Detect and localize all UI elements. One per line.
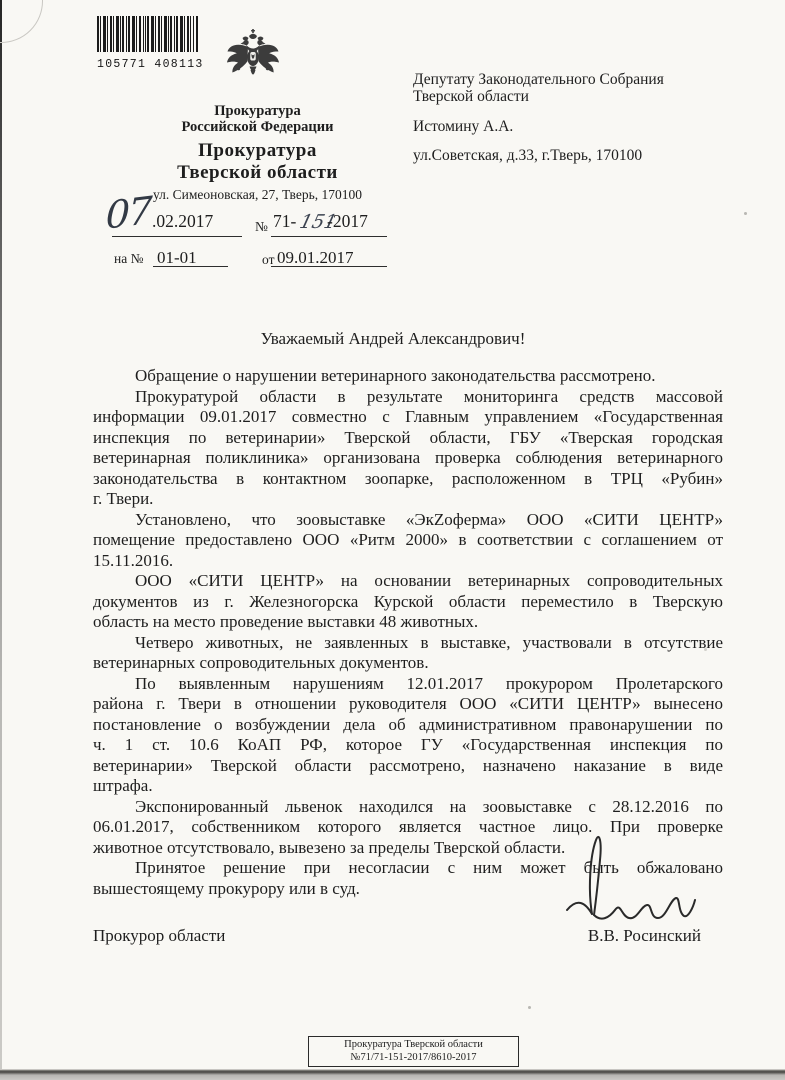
coat-of-arms-eagle-icon	[220, 29, 286, 83]
letterhead-org-line1: Прокуратура	[120, 103, 395, 120]
outgoing-date: .02.2017	[152, 211, 213, 232]
body-line: ветеринарных сопроводительных документов…	[93, 653, 723, 674]
body-line: ветеринарии» Тверской области рассмотрен…	[93, 756, 723, 777]
registration-stamp: Прокуратура Тверской области №71/71-151-…	[308, 1036, 519, 1067]
barcode: 105771 408113	[97, 16, 198, 71]
body-line: постановление о возбуждении дела об адми…	[93, 715, 723, 736]
barcode-digits: 105771 408113	[97, 58, 198, 71]
letterhead-address: ул. Симеоновская, 27, Тверь, 170100	[120, 187, 395, 203]
body-line: Четверо животных, не заявленных в выстав…	[93, 633, 723, 654]
body-paragraph: Четверо животных, не заявленных в выстав…	[93, 633, 723, 674]
handwritten-day: 07	[105, 191, 150, 234]
signer-position-title: Прокурор области	[93, 926, 225, 946]
na-no-label: на №	[114, 251, 143, 267]
body-line: Установлено, что зоовыставке «ЭкZоферма»…	[93, 510, 723, 531]
body-paragraph: Прокуратурой области в результате монито…	[93, 387, 723, 510]
recipient-name: Истомину А.А.	[413, 118, 513, 136]
na-no-underline	[153, 266, 228, 267]
body-line: документов из г. Железногорска Курской о…	[93, 592, 723, 613]
barcode-bars	[97, 16, 198, 52]
handwritten-signature-stroke	[555, 828, 705, 928]
scan-bottom-edge	[0, 1069, 785, 1080]
date-underline	[112, 236, 242, 237]
scan-speckle	[528, 1006, 531, 1009]
number-underline	[271, 236, 387, 237]
letter-body: Обращение о нарушении ветеринарного зако…	[93, 366, 723, 899]
number-sign: №	[255, 219, 268, 235]
body-paragraph: ООО «СИТИ ЦЕНТР» на основании ветеринарн…	[93, 571, 723, 633]
body-line: информации 09.01.2017 совместно с Главны…	[93, 407, 723, 428]
body-line: ч. 1 ст. 10.6 КоАП РФ, которое ГУ «Госуд…	[93, 735, 723, 756]
body-paragraph: Обращение о нарушении ветеринарного зако…	[93, 366, 723, 387]
body-line: 15.11.2016.	[93, 551, 723, 572]
stamp-line2: №71/71-151-2017/8610-2017	[309, 1052, 518, 1065]
letterhead-office-line2: Тверской области	[120, 162, 395, 184]
body-line: помещение предоставлено ООО «Ритм 2000» …	[93, 530, 723, 551]
body-line: По выявленным нарушениям 12.01.2017 прок…	[93, 674, 723, 695]
body-line: ООО «СИТИ ЦЕНТР» на основании ветеринарн…	[93, 571, 723, 592]
recipient-address: ул.Советская, д.33, г.Тверь, 170100	[413, 147, 642, 165]
stamp-line1: Прокуратура Тверской области	[309, 1039, 518, 1052]
na-no-value: 01-01	[157, 248, 197, 268]
recipient-title-line1: Депутату Законодательного Собрания	[413, 71, 664, 89]
paper-corner-curl	[0, 0, 43, 43]
body-paragraph: По выявленным нарушениям 12.01.2017 прок…	[93, 674, 723, 797]
scan-left-edge	[0, 0, 2, 1080]
outgoing-number-prefix: 71-	[273, 211, 296, 232]
body-line: область на место проведение выставки 48 …	[93, 612, 723, 633]
body-line: Экспонированный львенок находился на зоо…	[93, 797, 723, 818]
body-line: законодательства в контактном зоопарке, …	[93, 469, 723, 490]
salutation: Уважаемый Андрей Александрович!	[93, 329, 693, 349]
body-line: Обращение о нарушении ветеринарного зако…	[93, 366, 723, 387]
body-line: ветеринарная поликлиника» организована п…	[93, 448, 723, 469]
body-line: Прокуратурой области в результате монито…	[93, 387, 723, 408]
ot-underline	[271, 266, 387, 267]
body-line: штрафа.	[93, 776, 723, 797]
recipient-title-line2: Тверской области	[413, 88, 529, 106]
letterhead-office-line1: Прокуратура	[120, 140, 395, 162]
ot-date-value: 09.01.2017	[277, 248, 354, 268]
signer-name: В.В. Росинский	[588, 926, 701, 946]
letterhead-org-line2: Российской Федерации	[120, 119, 395, 136]
outgoing-number-suffix: -2017	[327, 211, 368, 232]
body-line: инспекция по ветеринарии» Тверской облас…	[93, 428, 723, 449]
scan-speckle	[744, 212, 747, 215]
scanned-letter-page: 105771 408113 Прокуратур	[0, 0, 785, 1080]
body-line: г. Твери.	[93, 489, 723, 510]
body-line: района г. Твери в отношении руководителя…	[93, 694, 723, 715]
body-paragraph: Установлено, что зоовыставке «ЭкZоферма»…	[93, 510, 723, 572]
